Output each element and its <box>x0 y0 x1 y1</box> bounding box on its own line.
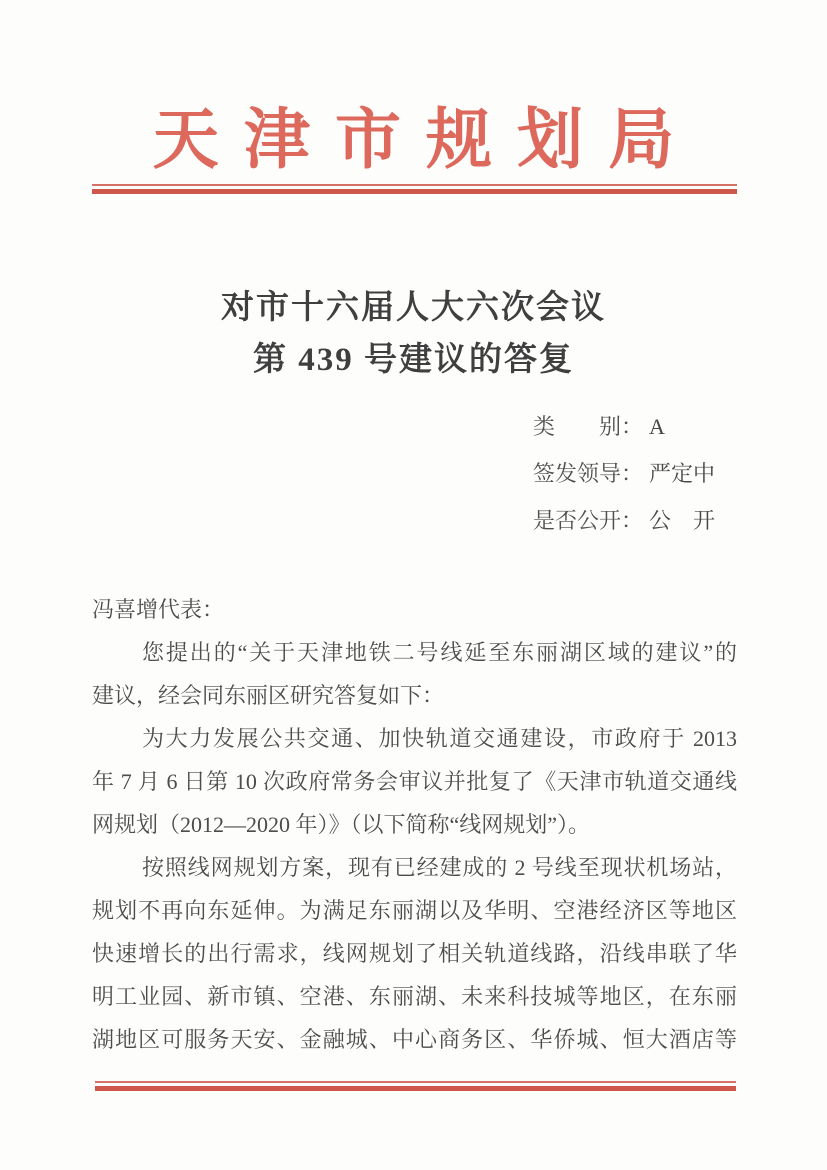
body-line: 您提出的“关于天津地铁二号线延至东丽湖区域的建议”的 <box>92 631 737 674</box>
footer-rule-thick <box>95 1086 736 1091</box>
footer-rule <box>95 1081 736 1091</box>
document-title-line1: 对市十六届人大六次会议 <box>0 282 827 334</box>
meta-block: 类 别：A 签发领导：严定中 是否公开：公 开 <box>533 410 715 551</box>
body-line: 年 7 月 6 日第 10 次政府常务会审议并批复了《天津市轨道交通线 <box>92 760 737 803</box>
paragraph: 为大力发展公共交通、加快轨道交通建设，市政府于 2013 年 7 月 6 日第 … <box>92 717 737 846</box>
signer-value: 严定中 <box>649 461 715 486</box>
body-line: 建议，经会同东丽区研究答复如下： <box>92 674 737 717</box>
footer-rule-thin <box>95 1081 736 1083</box>
meta-row-signer: 签发领导：严定中 <box>533 457 715 486</box>
paragraph: 按照线网规划方案，现有已经建成的 2 号线至现状机场站， 规划不再向东延伸。为满… <box>92 846 737 1061</box>
salutation: 冯喜增代表： <box>92 588 737 631</box>
public-value: 公 开 <box>649 508 715 533</box>
public-label: 是否公开： <box>533 508 643 533</box>
letterhead-rule-thick <box>92 189 737 194</box>
body-line: 规划不再向东延伸。为满足东丽湖以及华明、空港经济区等地区 <box>92 889 737 932</box>
document-title-line2: 第 439 号建议的答复 <box>0 334 827 386</box>
meta-row-public: 是否公开：公 开 <box>533 504 715 533</box>
letter-body: 冯喜增代表： 您提出的“关于天津地铁二号线延至东丽湖区域的建议”的 建议，经会同… <box>92 588 737 1061</box>
body-line: 为大力发展公共交通、加快轨道交通建设，市政府于 2013 <box>92 717 737 760</box>
letterhead-rule-thin <box>92 184 737 186</box>
document-title: 对市十六届人大六次会议 第 439 号建议的答复 <box>0 282 827 386</box>
body-line: 快速增长的出行需求，线网规划了相关轨道线路，沿线串联了华 <box>92 932 737 975</box>
scanned-letter-page: 天津市规划局 对市十六届人大六次会议 第 439 号建议的答复 类 别：A 签发… <box>0 0 827 1170</box>
letterhead-rule <box>92 184 737 194</box>
body-line: 湖地区可服务天安、金融城、中心商务区、华侨城、恒大酒店等 <box>92 1018 737 1061</box>
category-label: 类 别： <box>533 414 643 439</box>
body-line: 明工业园、新市镇、空港、东丽湖、未来科技城等地区，在东丽 <box>92 975 737 1018</box>
signer-label: 签发领导： <box>533 461 643 486</box>
body-line: 按照线网规划方案，现有已经建成的 2 号线至现状机场站， <box>92 846 737 889</box>
body-line: 网规划（2012—2020 年）》（以下简称“线网规划”）。 <box>92 803 737 846</box>
paragraph: 您提出的“关于天津地铁二号线延至东丽湖区域的建议”的 建议，经会同东丽区研究答复… <box>92 631 737 717</box>
meta-row-category: 类 别：A <box>533 410 715 439</box>
agency-name: 天津市规划局 <box>0 100 827 182</box>
category-value: A <box>649 414 665 439</box>
